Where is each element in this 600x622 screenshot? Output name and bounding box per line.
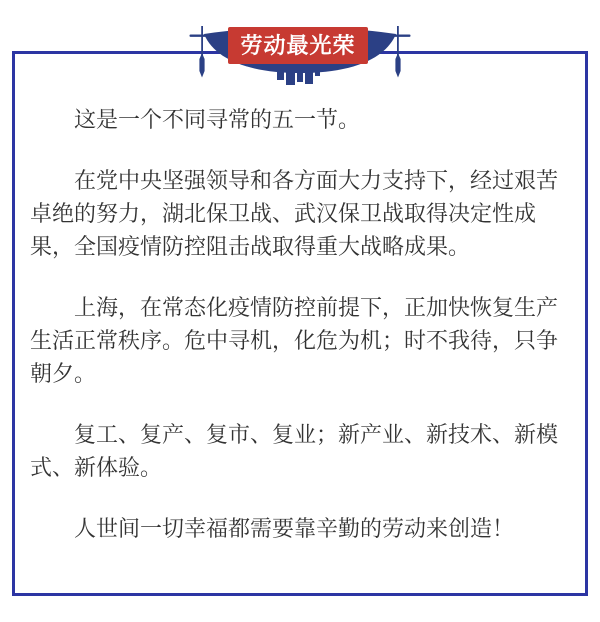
article-frame: 这是一个不同寻常的五一节。 在党中央坚强领导和各方面大力支持下，经过艰苦 卓绝的… xyxy=(12,51,588,596)
paragraph: 这是一个不同寻常的五一节。 xyxy=(30,103,570,136)
left-tassel-icon xyxy=(199,53,204,78)
paragraph: 上海，在常态化疫情防控前提下，正加快恢复生产 生活正常秩序。危中寻机，化危为机；… xyxy=(30,291,570,390)
article-body: 这是一个不同寻常的五一节。 在党中央坚强领导和各方面大力支持下，经过艰苦 卓绝的… xyxy=(30,103,570,545)
left-tassel-cord xyxy=(201,26,203,56)
paragraph: 人世间一切幸福都需要靠辛勤的劳动来创造！ xyxy=(30,512,570,545)
header-banner: 劳动最光荣 xyxy=(188,12,412,96)
paragraph: 复工、复产、复市、复业；新产业、新技术、新模 式、新体验。 xyxy=(30,418,570,484)
right-tassel-cord xyxy=(397,26,399,56)
page: 这是一个不同寻常的五一节。 在党中央坚强领导和各方面大力支持下，经过艰苦 卓绝的… xyxy=(0,0,600,622)
right-tassel-icon xyxy=(395,53,400,78)
banner-title-badge: 劳动最光荣 xyxy=(228,27,368,64)
paragraph: 在党中央坚强领导和各方面大力支持下，经过艰苦 卓绝的努力，湖北保卫战、武汉保卫战… xyxy=(30,164,570,263)
